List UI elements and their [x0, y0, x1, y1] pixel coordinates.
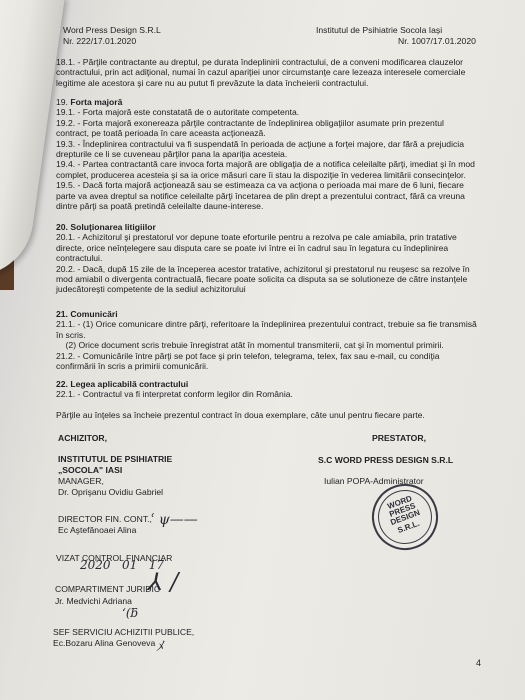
buyer-org-line1: INSTITUTUL DE PSIHIATRIE [58, 454, 172, 464]
text-line: 20.2. - Dacă, după 15 zile de la începer… [56, 264, 496, 274]
text-line: 19.3. - Îndeplinirea contractului va fi … [56, 139, 496, 149]
text-line: complet, producerea acesteia şi sa ia or… [56, 170, 496, 180]
signatory-name: Jr. Medvichi Adriana [55, 596, 132, 606]
text-line: în scris. [56, 330, 496, 340]
company-stamp: WORD PRESS DESIGN S.R.L. [363, 475, 448, 560]
section-title: 20. Soluţionarea litigiilor [56, 222, 496, 232]
text-line: directe, orice neînţelegere sau disputa … [56, 243, 496, 253]
text-line: dintre părţi sa poată pretindă celeilalt… [56, 201, 496, 211]
text-line: 21.1. - (1) Orice comunicare dintre părţ… [56, 319, 496, 329]
signatory-title: DIRECTOR FIN. CONT., [58, 514, 152, 524]
section-19: 19. Forta majoră 19.1. - Forta majoră es… [56, 97, 496, 211]
text-line: (2) Orice document scris trebuie înregis… [56, 340, 496, 350]
signatory-name: Ec.Bozaru Alina Genoveva [53, 638, 155, 648]
text-line: contractului. [56, 253, 496, 263]
buyer-name: Dr. Oprişanu Ovidiu Gabriel [58, 487, 163, 497]
header-right-company: Institutul de Psihiatrie Socola Iași [316, 25, 442, 35]
section-title-text: Forta majoră [70, 97, 122, 107]
section-title: 19. Forta majoră [56, 97, 496, 107]
buyer-org-line2: „SOCOLA" IASI [58, 465, 122, 475]
text-line: 18.1. - Părţile contractante au dreptul,… [56, 57, 496, 67]
handwritten-signature: ʿ ψ—— [150, 512, 198, 528]
handwritten-initials: ʻ(ƃ [122, 606, 138, 620]
page-number: 4 [476, 658, 481, 668]
section-number: 19. [56, 97, 68, 107]
text-line: mod amiabil o divergenta contractuală, f… [56, 274, 496, 284]
signatory-title: SEF SERVICIU ACHIZITII PUBLICE, [53, 627, 194, 637]
text-line: 19.1. - Forta majoră este constatată de … [56, 107, 496, 117]
text-line: contract, pe toată perioada în care acea… [56, 128, 496, 138]
handwritten-signature: ⅄ / [148, 568, 178, 596]
section-title: 22. Legea aplicabilă contractului [56, 379, 496, 389]
clause-18-1: 18.1. - Părţile contractante au dreptul,… [56, 57, 496, 88]
signatory-title: COMPARTIMENT JURIDIC [55, 584, 160, 594]
buyer-position: MANAGER, [58, 476, 104, 486]
section-title: 21. Comunicări [56, 309, 496, 319]
text-line: confirmării în scris a primirii comunică… [56, 361, 496, 371]
text-line: 19.2. - Forta majoră exonereaza părţile … [56, 118, 496, 128]
provider-org: S.C WORD PRESS DESIGN S.R.L [318, 455, 453, 465]
text-line: 21.2. - Comunicările între părţi se pot … [56, 351, 496, 361]
text-line: parte va avea dreptul sa notifice celeil… [56, 191, 496, 201]
header-left-company: Word Press Design S.R.L [63, 25, 161, 35]
header-left-number: Nr. 222/17.01.2020 [63, 36, 136, 46]
document-page: Word Press Design S.R.L Nr. 222/17.01.20… [0, 0, 525, 700]
text-line: 19.5. - Dacă forta majoră acţionează sau… [56, 180, 496, 190]
header-right-number: Nr. 1007/17.01.2020 [398, 36, 476, 46]
text-line: legitime ale acestora şi care nu au putu… [56, 78, 496, 88]
signatory-name: Ec Aştefănoaei Alina [58, 525, 136, 535]
text-line: drepturile ce li se cuveneau părţilor pa… [56, 149, 496, 159]
buyer-role: ACHIZITOR, [58, 433, 107, 443]
text-line: 20.1. - Achizitorul şi prestatorul vor d… [56, 232, 496, 242]
section-20: 20. Soluţionarea litigiilor 20.1. - Achi… [56, 222, 496, 295]
section-22: 22. Legea aplicabilă contractului 22.1. … [56, 379, 496, 400]
text-line: 22.1. - Contractul va fi interpretat con… [56, 389, 496, 399]
text-line: 19.4. - Partea contractantă care invoca … [56, 159, 496, 169]
provider-role: PRESTATOR, [372, 433, 426, 443]
text-line: judecătoreşti competente de la sediul ac… [56, 284, 496, 294]
handwritten-signature: ﾒ [156, 636, 163, 656]
closing-statement: Părţile au înţeles sa încheie prezentul … [56, 410, 425, 420]
text-line: contractului, prin act adiţional, numai … [56, 67, 496, 77]
section-21: 21. Comunicări 21.1. - (1) Orice comunic… [56, 309, 496, 371]
